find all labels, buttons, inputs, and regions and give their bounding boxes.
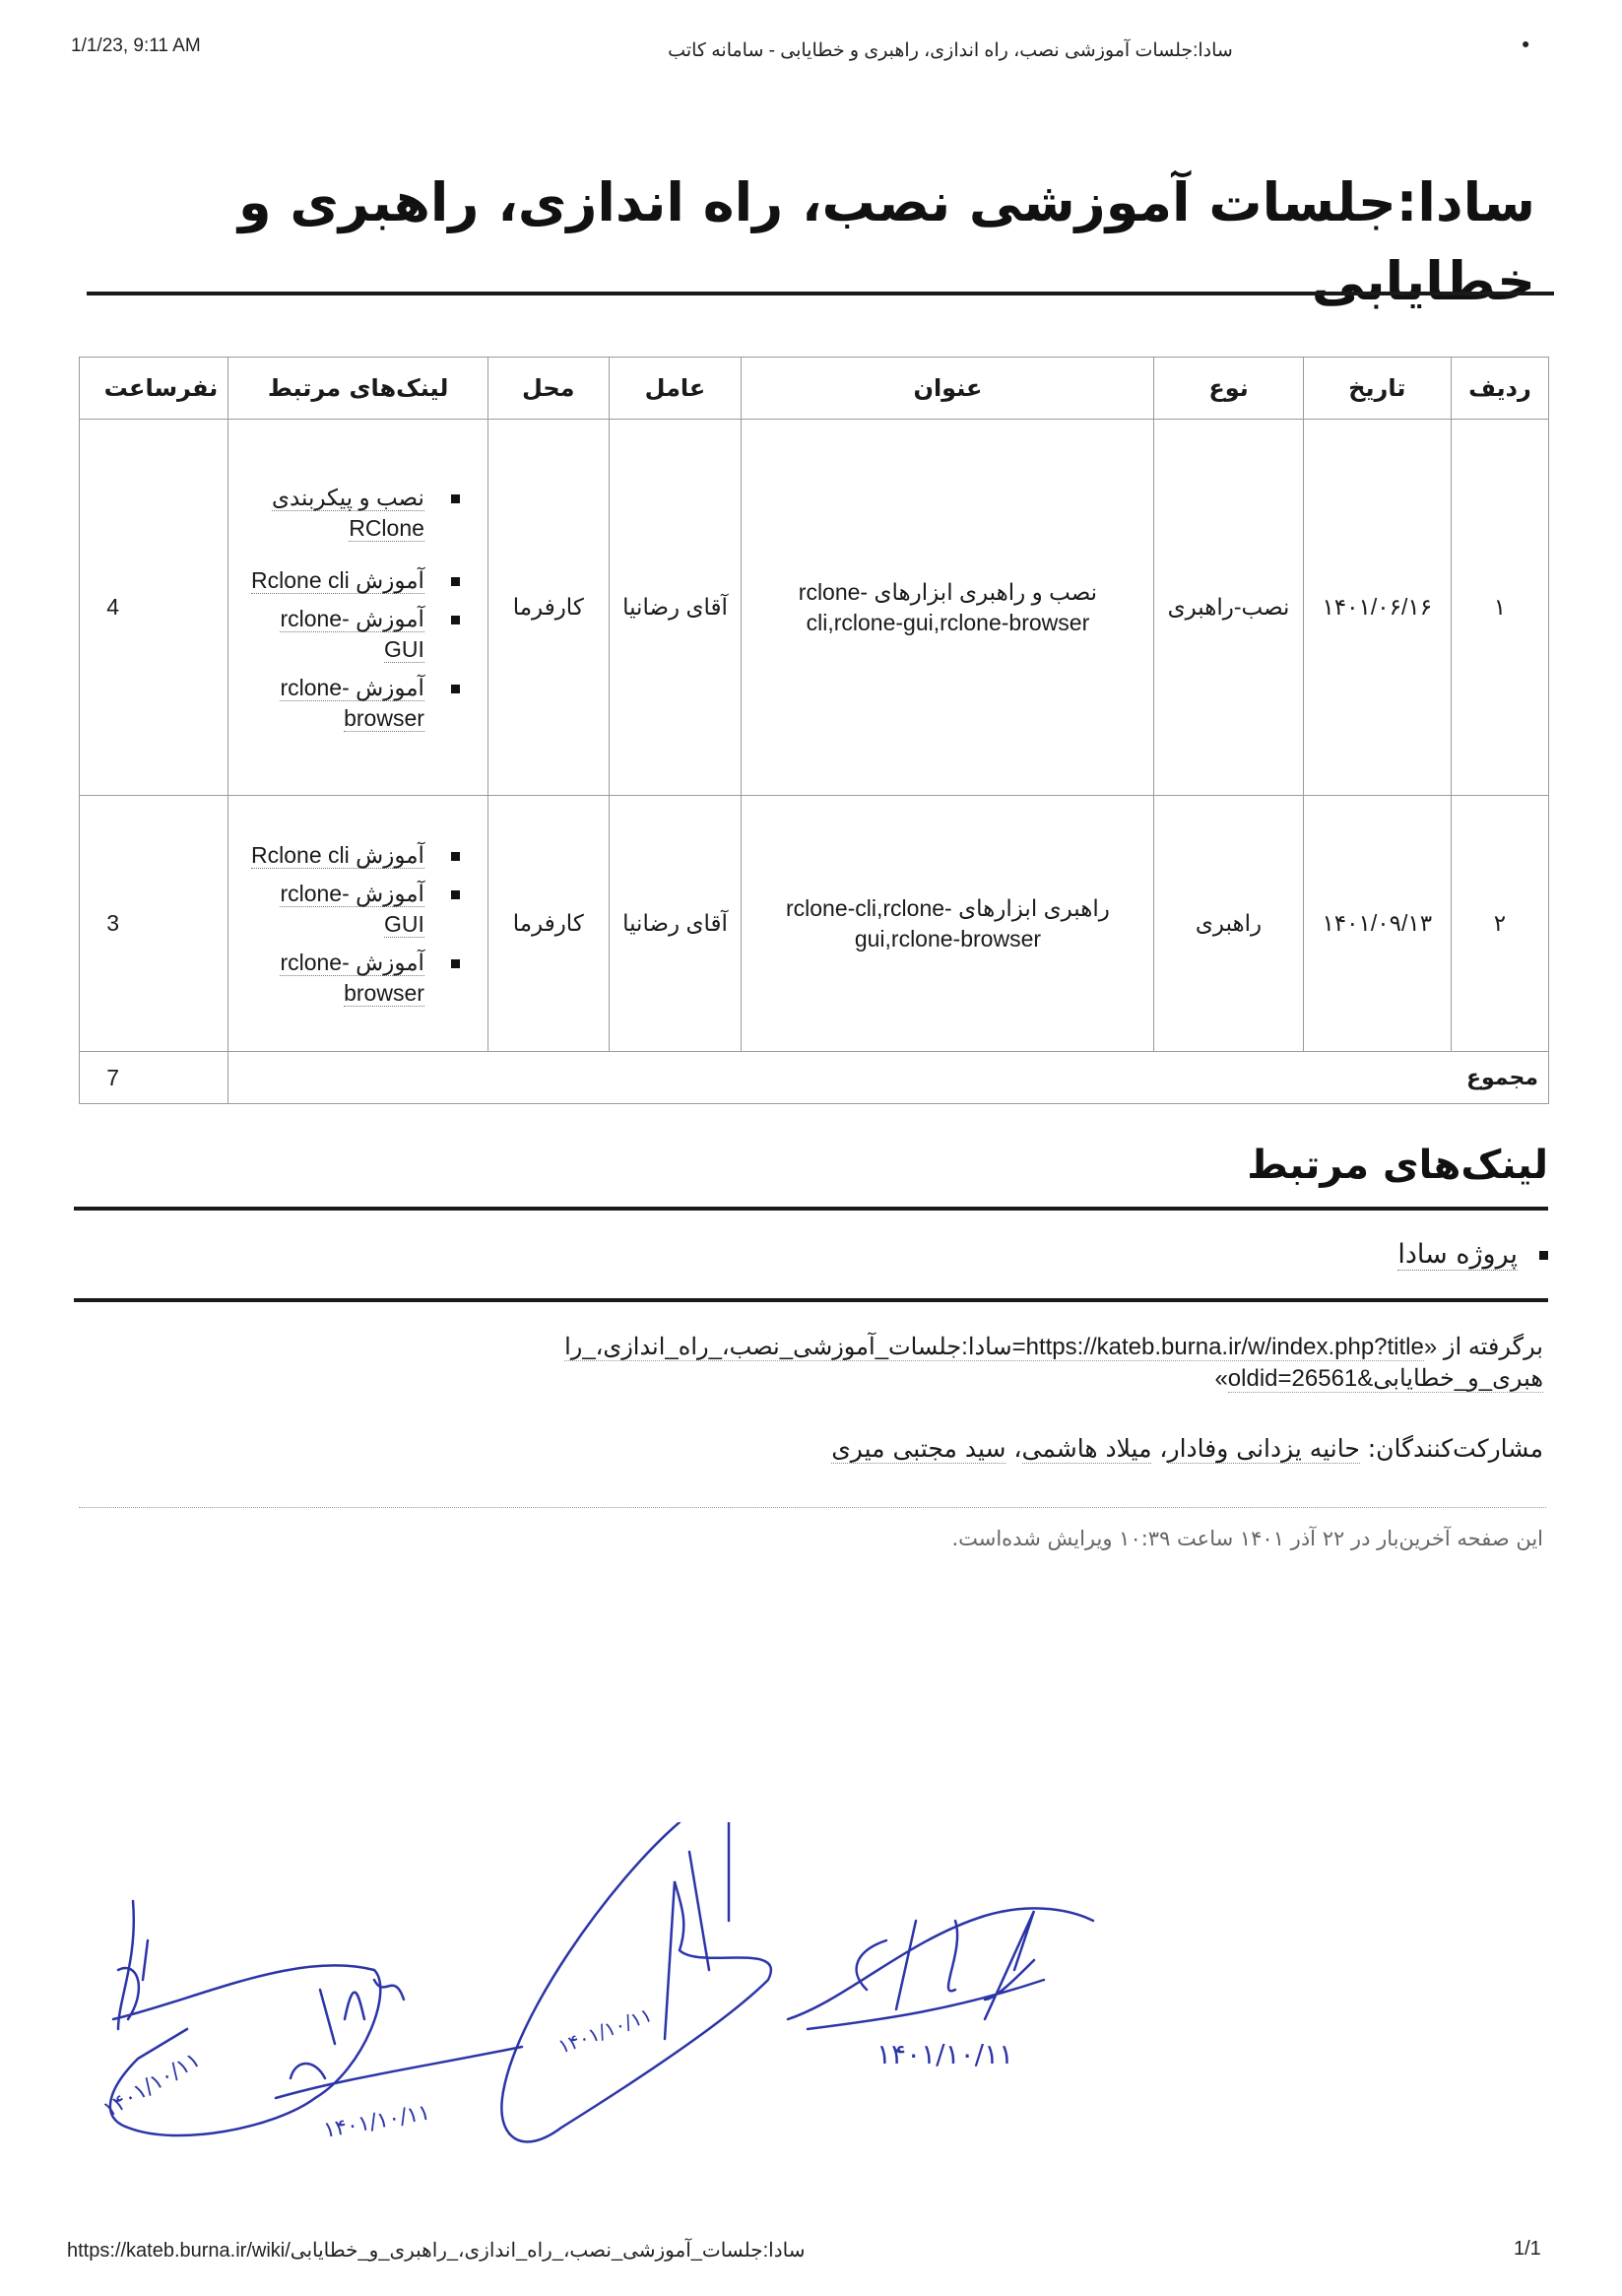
content-end-divider xyxy=(74,1298,1548,1302)
title-divider xyxy=(87,292,1554,295)
source-permalink[interactable]: https://kateb.burna.ir/w/index.php?title… xyxy=(564,1334,1543,1393)
list-item: آموزش rclone-browser xyxy=(242,948,464,1009)
list-item: آموزش rclone-GUI xyxy=(242,604,464,665)
link-rclone-cli[interactable]: آموزش Rclone cli xyxy=(251,567,424,594)
link-rclone-gui[interactable]: آموزش rclone-GUI xyxy=(280,606,423,663)
table-row: ۱ ۱۴۰۱/۰۶/۱۶ نصب-راهبری نصب و راهبری ابز… xyxy=(80,420,1549,796)
svg-text:۱۴۰۱/۱۰/۱۱: ۱۴۰۱/۱۰/۱۱ xyxy=(99,2048,205,2123)
total-label: مجموع xyxy=(228,1052,1549,1104)
cell-links: آموزش Rclone cli آموزش rclone-GUI آموزش … xyxy=(228,796,488,1052)
section-divider xyxy=(74,1207,1548,1211)
signature-2: ۱۴۰۱/۱۰/۱۱ xyxy=(276,1980,522,2143)
page-count: 1/1 xyxy=(1514,2238,1541,2261)
cell-agent: آقای رضانیا xyxy=(609,796,742,1052)
links-list: آموزش Rclone cli آموزش rclone-GUI آموزش … xyxy=(242,840,464,1009)
page-title: سادا:جلسات آموزشی نصب، راه اندازی، راهبر… xyxy=(235,164,1535,321)
print-url: https://kateb.burna.ir/wiki/سادا:جلسات_آ… xyxy=(67,2238,806,2263)
cell-location: کارفرما xyxy=(487,796,609,1052)
header-person-hours: نفرساعت xyxy=(80,358,228,420)
cell-date: ۱۴۰۱/۰۶/۱۶ xyxy=(1303,420,1451,796)
cell-type: نصب-راهبری xyxy=(1154,420,1303,796)
link-sada-project[interactable]: پروژه سادا xyxy=(1397,1239,1518,1271)
header-row-number: ردیف xyxy=(1451,358,1548,420)
svg-text:۱۴۰۱/۱۰/۱۱: ۱۴۰۱/۱۰/۱۱ xyxy=(322,2100,432,2143)
print-footer: https://kateb.burna.ir/wiki/سادا:جلسات_آ… xyxy=(0,2238,1622,2267)
print-datetime: 1/1/23, 9:11 AM xyxy=(71,35,201,57)
table-row: ۲ ۱۴۰۱/۰۹/۱۳ راهبری راهبری ابزارهای rclo… xyxy=(80,796,1549,1052)
source-prefix: برگرفته از « xyxy=(1424,1334,1543,1360)
contributor-link[interactable]: حانیه یزدانی وفادار xyxy=(1168,1434,1360,1464)
total-person-hours: 7 xyxy=(80,1052,228,1104)
header-title: عنوان xyxy=(742,358,1154,420)
link-rclone-gui[interactable]: آموزش rclone-GUI xyxy=(280,881,423,938)
bullet-icon xyxy=(1539,1251,1548,1260)
contributor-link[interactable]: میلاد هاشمی xyxy=(1022,1434,1152,1464)
signature-1: ۱۴۰۱/۱۰/۱۱ xyxy=(99,1901,381,2135)
hours-value: 4 xyxy=(80,594,119,621)
signature-3: ۱۴۰۱/۱۰/۱۱ xyxy=(501,1822,771,2141)
svg-text:۱۴۰۱/۱۰/۱۱: ۱۴۰۱/۱۰/۱۱ xyxy=(555,2002,656,2059)
header-type: نوع xyxy=(1154,358,1303,420)
contributor-link[interactable]: سید مجتبی میری xyxy=(831,1434,1006,1464)
footer-divider xyxy=(79,1507,1546,1508)
source-note: برگرفته از «https://kateb.burna.ir/w/ind… xyxy=(558,1332,1543,1395)
cell-date: ۱۴۰۱/۰۹/۱۳ xyxy=(1303,796,1451,1052)
cell-title: راهبری ابزارهای rclone-cli,rclone-gui,rc… xyxy=(742,796,1154,1052)
total-hours-value: 7 xyxy=(80,1065,119,1091)
header-agent: عامل xyxy=(609,358,742,420)
cell-links: نصب و پیکربندی RClone آموزش Rclone cli آ… xyxy=(228,420,488,796)
sessions-table: ردیف تاریخ نوع عنوان عامل محل لینک‌های م… xyxy=(79,357,1549,1104)
link-install-config-rclone[interactable]: نصب و پیکربندی RClone xyxy=(272,485,424,542)
header-date: تاریخ xyxy=(1303,358,1451,420)
contributors: مشارکت‌کنندگان: حانیه یزدانی وفادار، میل… xyxy=(831,1434,1543,1463)
contributors-label: مشارکت‌کنندگان: xyxy=(1368,1434,1543,1463)
links-list: نصب و پیکربندی RClone آموزش Rclone cli آ… xyxy=(242,483,464,734)
signature-4: ۱۴۰۱/۱۰/۱۱ xyxy=(788,1908,1093,2070)
link-rclone-cli[interactable]: آموزش Rclone cli xyxy=(251,842,424,869)
cell-row-number: ۲ xyxy=(1451,796,1548,1052)
cell-agent: آقای رضانیا xyxy=(609,420,742,796)
last-modified: این صفحه آخرین‌بار در ۲۲ آذر ۱۴۰۱ ساعت ۱… xyxy=(951,1527,1543,1550)
cell-location: کارفرما xyxy=(487,420,609,796)
cell-type: راهبری xyxy=(1154,796,1303,1052)
print-page-title: سادا:جلسات آموزشی نصب، راه اندازی، راهبر… xyxy=(611,39,1290,62)
list-item: نصب و پیکربندی RClone xyxy=(242,483,464,544)
cell-title: نصب و راهبری ابزارهای rclone-cli,rclone-… xyxy=(742,420,1154,796)
related-links-list: پروژه سادا xyxy=(1397,1239,1548,1270)
print-header: 1/1/23, 9:11 AM سادا:جلسات آموزشی نصب، ر… xyxy=(0,35,1622,65)
table-total-row: مجموع 7 xyxy=(80,1052,1549,1104)
header-links: لینک‌های مرتبط xyxy=(228,358,488,420)
scan-mark: ● xyxy=(1522,35,1529,51)
list-item: آموزش rclone-GUI xyxy=(242,879,464,940)
svg-text:۱۴۰۱/۱۰/۱۱: ۱۴۰۱/۱۰/۱۱ xyxy=(876,2038,1013,2070)
list-item: آموزش Rclone cli xyxy=(242,840,464,871)
list-item: آموزش Rclone cli xyxy=(242,565,464,596)
related-links-heading: لینک‌های مرتبط xyxy=(1247,1143,1548,1188)
source-suffix: » xyxy=(1214,1365,1227,1392)
list-item: آموزش rclone-browser xyxy=(242,673,464,734)
link-rclone-browser[interactable]: آموزش rclone-browser xyxy=(280,950,423,1007)
hours-value: 3 xyxy=(80,910,119,937)
cell-person-hours: 4 xyxy=(80,420,228,796)
table-header-row: ردیف تاریخ نوع عنوان عامل محل لینک‌های م… xyxy=(80,358,1549,420)
cell-row-number: ۱ xyxy=(1451,420,1548,796)
handwritten-signatures: ۱۴۰۱/۱۰/۱۱ ۱۴۰۱/۱۰/۱۱ ۱۴۰۱/۱۰/۱۱ ۱۴۰۱/۱۰… xyxy=(98,1822,1526,2167)
header-location: محل xyxy=(487,358,609,420)
link-rclone-browser[interactable]: آموزش rclone-browser xyxy=(280,675,423,732)
cell-person-hours: 3 xyxy=(80,796,228,1052)
